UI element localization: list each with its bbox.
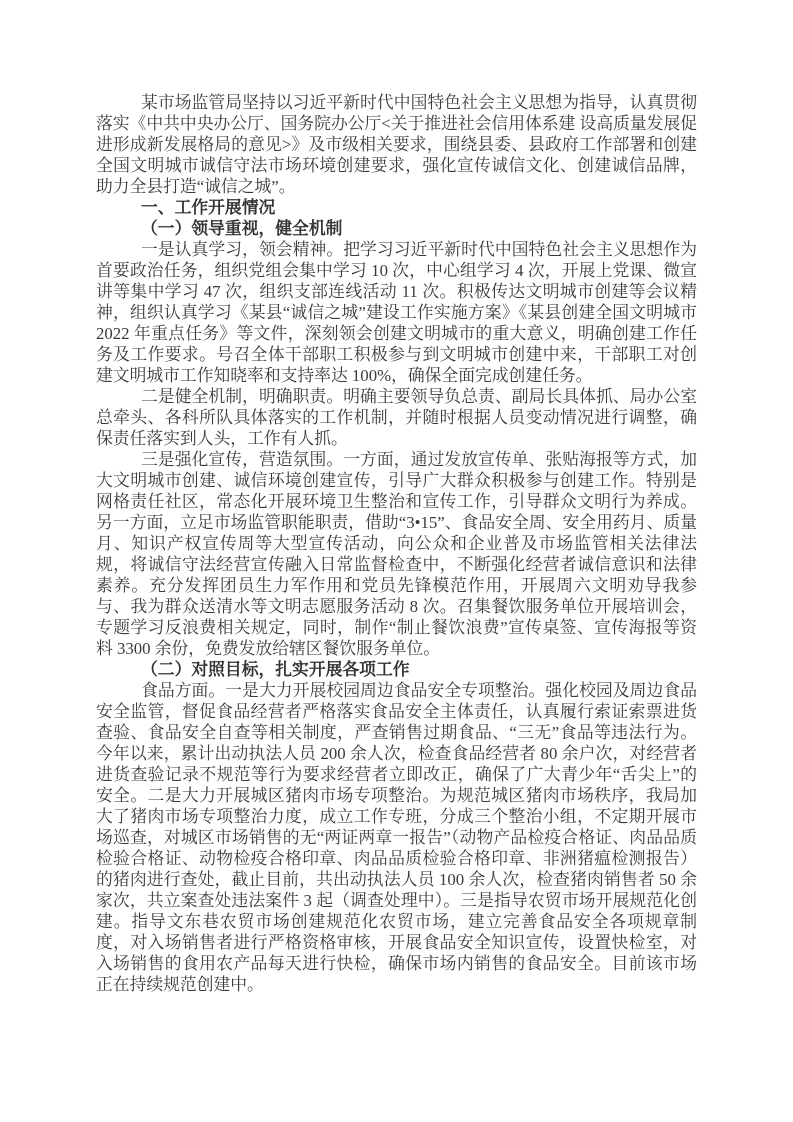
heading-section-1-2: （二）对照目标，扎实开展各项工作 [96, 659, 697, 680]
paragraph-point-2-mechanism: 二是健全机制，明确职责。明确主要领导负总责、副局长具体抓、局办公室总牵头、各科所… [96, 386, 697, 449]
heading-section-1: 一、工作开展情况 [96, 197, 697, 218]
paragraph-point-3-publicity: 三是强化宣传，营造氛围。一方面，通过发放宣传单、张贴海报等方式，加大文明城市创建… [96, 449, 697, 659]
paragraph-point-1-study: 一是认真学习，领会精神。把学习习近平新时代中国特色社会主义思想作为首要政治任务，… [96, 239, 697, 386]
document-page: 某市场监管局坚持以习近平新时代中国特色社会主义思想为指导，认真贯彻落实《中共中央… [0, 0, 793, 1122]
heading-section-1-1: （一）领导重视，健全机制 [96, 218, 697, 239]
paragraph-food-safety: 食品方面。一是大力开展校园周边食品安全专项整治。强化校园及周边食品安全监管，督促… [96, 680, 697, 995]
paragraph-intro: 某市场监管局坚持以习近平新时代中国特色社会主义思想为指导，认真贯彻落实《中共中央… [96, 92, 697, 197]
